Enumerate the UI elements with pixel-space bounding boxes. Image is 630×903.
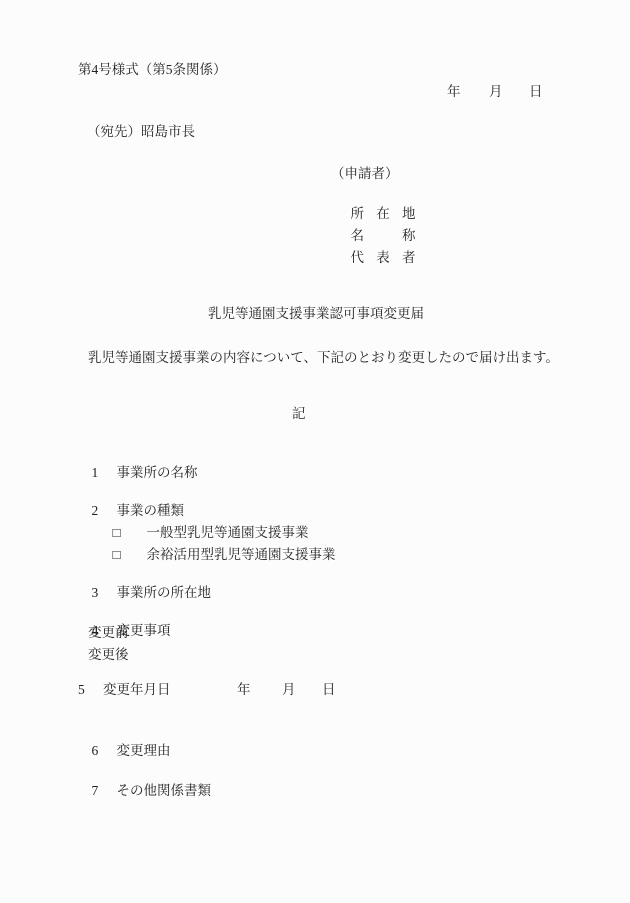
addressee: （宛先）昭島市長 <box>87 122 195 141</box>
item-5-label: 変更年月日 <box>103 680 171 699</box>
document-title: 乳児等通園支援事業認可事項変更届 <box>208 304 424 323</box>
item-3-number: 3 <box>92 583 117 602</box>
item-3-label: 事業所の所在地 <box>117 585 212 600</box>
change-before-label: 変更前 <box>88 623 129 642</box>
item-6-number: 6 <box>92 741 117 760</box>
form-number: 第4号様式（第5条関係） <box>78 60 227 79</box>
checkbox-surplus-icon: □ <box>113 545 147 564</box>
item-6-label: 変更理由 <box>117 743 171 758</box>
item-other-documents: 7その他関係書類 <box>78 762 211 819</box>
item-7-label: その他関係書類 <box>117 783 212 798</box>
change-date-year-label: 年 <box>237 680 251 699</box>
document-body-text: 乳児等通園支援事業の内容について、下記のとおり変更したので届け出ます。 <box>88 348 559 367</box>
form-page: 第4号様式（第5条関係） 年 月 日 （宛先）昭島市長 （申請者） 所在地 名称… <box>0 0 630 903</box>
applicant-representative-label: 代表者 <box>351 248 416 267</box>
header-date-year-label: 年 <box>447 82 461 101</box>
applicant-representative-row: 代表者 <box>337 229 416 286</box>
header-date-month-label: 月 <box>489 82 503 101</box>
business-type-surplus-label: 余裕活用型乳児等通園支援事業 <box>147 547 336 562</box>
item-1-label: 事業所の名称 <box>117 465 198 480</box>
change-after-label: 変更後 <box>88 645 129 664</box>
applicant-heading: （申請者） <box>331 164 399 183</box>
item-7-number: 7 <box>92 781 117 800</box>
header-date-day-label: 日 <box>529 82 543 101</box>
record-heading: 記 <box>292 404 306 423</box>
change-date-day-label: 日 <box>322 680 336 699</box>
change-date-month-label: 月 <box>282 680 296 699</box>
item-5-number: 5 <box>78 680 85 699</box>
item-1-number: 1 <box>92 463 117 482</box>
